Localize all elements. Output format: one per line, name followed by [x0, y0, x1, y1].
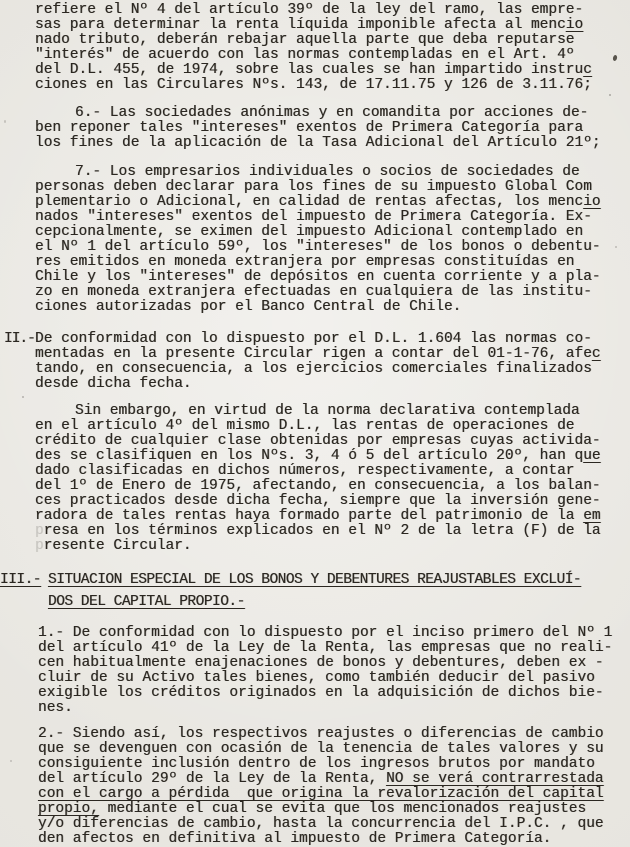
text-line: plementario o Adicional, en calidad de r… — [35, 195, 630, 210]
text-segment: De conformidad con lo dispuesto por el D… — [35, 331, 592, 347]
text-segment: nado tributo, deberán rebajar aquella pa… — [35, 32, 575, 48]
text-line: consiguiente inclusión dentro de los ing… — [38, 757, 630, 772]
text-segment: cen habitualmente enajenaciones de bonos… — [38, 655, 604, 671]
scan-speck — [4, 120, 6, 123]
paragraph-continuation-5: refiere el Nº 4 del artículo 39º de la l… — [35, 3, 630, 93]
text-segment: resa en los términos explicados en el Nº… — [44, 523, 601, 539]
text-line: propio, mediante el cual se evita que lo… — [38, 802, 630, 817]
text-line: De conformidad con lo dispuesto por el D… — [35, 332, 630, 347]
section-marker: III.- — [0, 569, 41, 591]
text-segment: resente Circular. — [44, 538, 192, 554]
text-segment: desde dicha fecha. — [35, 376, 192, 392]
text-line: Chile y los "intereses" de depósitos en … — [35, 270, 630, 285]
text-segment: exigible los créditos originados en la a… — [38, 685, 604, 701]
text-segment: SITUACION ESPECIAL DE LOS BONOS Y DEBENT… — [48, 572, 581, 588]
paragraph-iii-2: 2.- Siendo así, los respectivos reajuste… — [38, 727, 630, 847]
text-line: cen habitualmente enajenaciones de bonos… — [38, 656, 630, 671]
text-segment: del artículo 29º de la Ley de la Renta, — [38, 771, 386, 787]
text-line: dado clasificadas en dichos números, res… — [35, 464, 630, 479]
text-line: 6.- Las sociedades anónimas y en comandi… — [35, 106, 630, 121]
text-segment: dado clasificadas en dichos números, res… — [35, 463, 575, 479]
text-line: tando, en consecuencia, a los ejercicios… — [35, 362, 630, 377]
text-line: Sin embargo, en virtud de la norma decla… — [35, 404, 630, 419]
scan-speck — [609, 94, 611, 96]
text-segment: con el cargo a pérdida que origina la re… — [38, 786, 604, 802]
text-segment: "interés" de acuerdo con las normas cont… — [35, 47, 575, 63]
text-line: desde dicha fecha. — [35, 377, 630, 392]
section-iii-heading: III.-SITUACION ESPECIAL DE LOS BONOS Y D… — [48, 569, 630, 613]
text-line: ciones autorizadas por el Banco Central … — [35, 300, 630, 315]
text-segment: ciones autorizadas por el Banco Central … — [35, 299, 461, 315]
text-segment: cluir de su Activo tales bienes, como ta… — [38, 670, 595, 686]
text-line: mentadas en la presente Circular rigen a… — [35, 347, 630, 362]
text-segment: res emitidos en moneda extranjera por em… — [35, 254, 575, 270]
text-line: nado tributo, deberán rebajar aquella pa… — [35, 33, 630, 48]
text-segment: ue — [583, 448, 600, 464]
text-segment: los fines de la aplicación de la Tasa Ad… — [35, 135, 601, 151]
text-segment: personas deben declarar para los fines d… — [35, 179, 592, 195]
text-segment: plementario o Adicional, en calidad de r… — [35, 194, 583, 210]
paragraph-7: 7.- Los empresarios individuales o socio… — [35, 165, 630, 315]
text-line: ciones en las Circulares Nºs. 143, de 17… — [35, 78, 630, 93]
text-line: el Nº 1 del artículo 59º, los "intereses… — [35, 240, 630, 255]
text-segment: NO se verá contrarrestada — [386, 771, 604, 787]
text-line: del artículo 41º de la Ley de la Renta, … — [38, 641, 630, 656]
text-segment: del artículo 41º de la Ley de la Renta, … — [38, 640, 612, 656]
text-segment: que se devenguen con ocasión de la tenen… — [38, 741, 604, 757]
text-segment: refiere el Nº 4 del artículo 39º de la l… — [35, 2, 583, 18]
text-segment: nes. — [38, 700, 73, 716]
text-segment: io — [583, 194, 600, 210]
text-segment: Chile y los "intereses" de depósitos en … — [35, 269, 601, 285]
text-line: SITUACION ESPECIAL DE LOS BONOS Y DEBENT… — [48, 569, 630, 591]
text-segment: des se clasifiquen en los Nºs. 3, 4 ó 5 … — [35, 448, 583, 464]
text-segment: mentadas en la presente Circular rigen a… — [35, 346, 592, 362]
text-line: "interés" de acuerdo con las normas cont… — [35, 48, 630, 63]
text-line: ben reponer tales "intereses" exentos de… — [35, 121, 630, 136]
text-segment: p — [35, 538, 44, 554]
text-segment: ces practicados desde dicha fecha, siemp… — [35, 493, 601, 509]
text-segment: c — [592, 346, 601, 362]
section-ii: II.-De conformidad con lo dispuesto por … — [35, 332, 630, 392]
text-segment: el Nº 1 del artículo 59º, los "intereses… — [35, 239, 601, 255]
text-segment: y/o diferencias de cambio, hasta la conc… — [38, 816, 604, 832]
text-line: res emitidos en moneda extranjera por em… — [35, 255, 630, 270]
text-line: des se clasifiquen en los Nºs. 3, 4 ó 5 … — [35, 449, 630, 464]
text-line: personas deben declarar para los fines d… — [35, 180, 630, 195]
paragraph-iii-1: 1.- De conformidad con lo dispuesto por … — [38, 626, 630, 716]
text-segment: den afectos en definitiva al impuesto de… — [38, 831, 551, 847]
text-segment: consiguiente inclusión dentro de los ing… — [38, 756, 595, 772]
scan-speck — [615, 246, 617, 248]
text-segment: del 1º de Enero de 1975, afectando, en c… — [35, 478, 601, 494]
paragraph-sin-embargo: Sin embargo, en virtud de la norma decla… — [35, 404, 630, 554]
text-segment: del D.L. 455, de 1974, sobre las cuales … — [35, 62, 583, 78]
text-segment: DOS DEL CAPITAL PROPIO.- — [48, 594, 245, 610]
text-segment: en el artículo 4º del mismo D.L., las re… — [35, 418, 575, 434]
text-segment: cepcionalmente, se eximen del impuesto A… — [35, 224, 583, 240]
text-line: en el artículo 4º del mismo D.L., las re… — [35, 419, 630, 434]
text-segment: zo en moneda extranjera efectuadas en cu… — [35, 284, 592, 300]
text-segment: em — [583, 508, 600, 524]
text-line: nes. — [38, 701, 630, 716]
text-segment: ciones en las Circulares Nºs. 143, de 17… — [35, 77, 592, 93]
text-line: cepcionalmente, se eximen del impuesto A… — [35, 225, 630, 240]
text-segment: propio, — [38, 801, 99, 817]
text-line: los fines de la aplicación de la Tasa Ad… — [35, 136, 630, 151]
text-line: exigible los créditos originados en la a… — [38, 686, 630, 701]
text-line: sas para determinar la renta líquida imp… — [35, 18, 630, 33]
text-segment: nados "intereses" exentos del impuesto d… — [35, 209, 592, 225]
text-segment: io — [566, 17, 583, 33]
text-line: ces practicados desde dicha fecha, siemp… — [35, 494, 630, 509]
text-line: y/o diferencias de cambio, hasta la conc… — [38, 817, 630, 832]
text-segment: crédito de cualquier clase obtenidas por… — [35, 433, 601, 449]
scan-speck — [22, 396, 24, 398]
text-line: den afectos en definitiva al impuesto de… — [38, 832, 630, 847]
text-segment: 1.- De conformidad con lo dispuesto por … — [38, 625, 612, 641]
text-line: del 1º de Enero de 1975, afectando, en c… — [35, 479, 630, 494]
text-line: 1.- De conformidad con lo dispuesto por … — [38, 626, 630, 641]
text-segment: 6.- Las sociedades anónimas y en comandi… — [75, 105, 588, 121]
text-segment: mediante el cual se evita que los mencio… — [99, 801, 586, 817]
text-line: que se devenguen con ocasión de la tenen… — [38, 742, 630, 757]
text-line: presa en los términos explicados en el N… — [35, 524, 630, 539]
text-line: refiere el Nº 4 del artículo 39º de la l… — [35, 3, 630, 18]
text-segment: Sin embargo, en virtud de la norma decla… — [75, 403, 580, 419]
text-line: radora de tales rentas haya formado part… — [35, 509, 630, 524]
text-segment: 7.- Los empresarios individuales o socio… — [75, 164, 580, 180]
scan-speck — [10, 760, 12, 762]
text-line: con el cargo a pérdida que origina la re… — [38, 787, 630, 802]
text-segment: p — [35, 523, 44, 539]
text-segment: 2.- Siendo así, los respectivos reajuste… — [38, 726, 604, 742]
text-line: del artículo 29º de la Ley de la Renta, … — [38, 772, 630, 787]
scanned-document-page: refiere el Nº 4 del artículo 39º de la l… — [0, 0, 630, 847]
text-line: 2.- Siendo así, los respectivos reajuste… — [38, 727, 630, 742]
text-line: DOS DEL CAPITAL PROPIO.- — [48, 591, 630, 613]
text-line: zo en moneda extranjera efectuadas en cu… — [35, 285, 630, 300]
text-segment: c — [583, 62, 592, 78]
text-line: del D.L. 455, de 1974, sobre las cuales … — [35, 63, 630, 78]
text-line: presente Circular. — [35, 539, 630, 554]
text-line: cluir de su Activo tales bienes, como ta… — [38, 671, 630, 686]
text-segment: radora de tales rentas haya formado part… — [35, 508, 583, 524]
text-segment: tando, en consecuencia, a los ejercicios… — [35, 361, 592, 377]
text-line: 7.- Los empresarios individuales o socio… — [35, 165, 630, 180]
text-segment: ben reponer tales "intereses" exentos de… — [35, 120, 583, 136]
document-body: refiere el Nº 4 del artículo 39º de la l… — [0, 0, 630, 847]
text-segment: sas para determinar la renta líquida imp… — [35, 17, 566, 33]
paragraph-6: 6.- Las sociedades anónimas y en comandi… — [35, 106, 630, 151]
section-marker: II.- — [4, 332, 35, 347]
text-line: nados "intereses" exentos del impuesto d… — [35, 210, 630, 225]
text-line: crédito de cualquier clase obtenidas por… — [35, 434, 630, 449]
